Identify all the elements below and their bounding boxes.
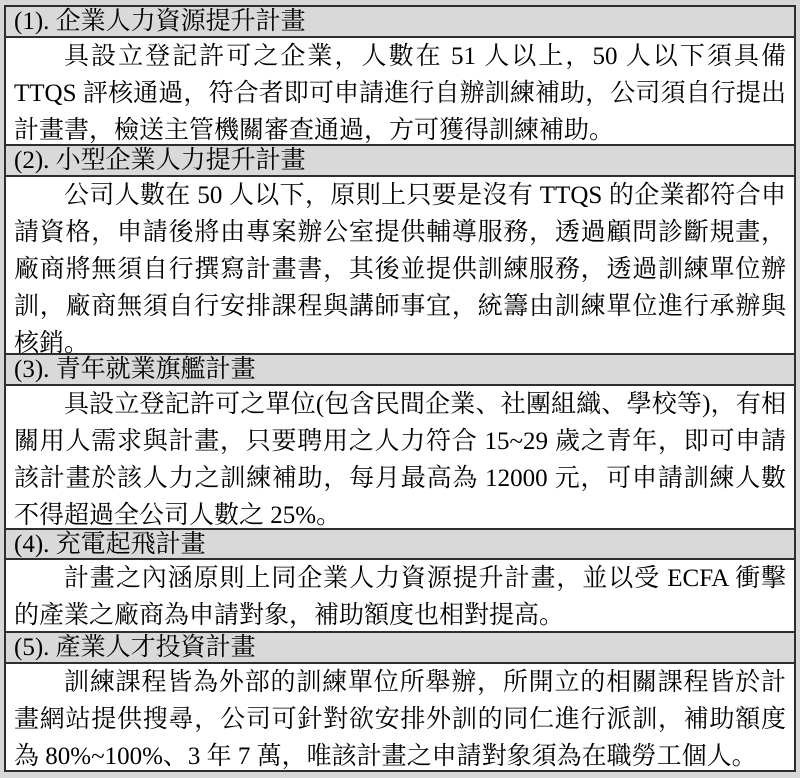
section-4-title: (4). 充電起飛計畫 (14, 531, 206, 558)
section-3-body: 具設立登記許可之單位(包含民間企業、社團組織、學校等)，有相關用人需求與計畫，只… (6, 384, 794, 528)
plan-table: (1). 企業人力資源提升計畫 具設立登記許可之企業，人數在 51 人以上，50… (4, 5, 796, 772)
section-3-header: (3). 青年就業旗艦計畫 (6, 353, 794, 384)
section-5-title: (5). 產業人才投資計畫 (14, 634, 256, 661)
section-1-body: 具設立登記許可之企業，人數在 51 人以上，50 人以下須具備 TTQS 評核通… (6, 36, 794, 144)
section-4-header: (4). 充電起飛計畫 (6, 528, 794, 559)
section-4-body: 計畫之內涵原則上同企業人力資源提升計畫，並以受 ECFA 衝擊的產業之廠商為申請… (6, 558, 794, 631)
section-2-header: (2). 小型企業人力提升計畫 (6, 144, 794, 175)
section-5-body: 訓練課程皆為外部的訓練單位所舉辦，所開立的相關課程皆於計畫網站提供搜尋，公司可針… (6, 662, 794, 770)
section-2-title: (2). 小型企業人力提升計畫 (14, 147, 306, 174)
section-2-body: 公司人數在 50 人以下，原則上只要是沒有 TTQS 的企業都符合申請資格，申請… (6, 175, 794, 354)
section-5-header: (5). 產業人才投資計畫 (6, 631, 794, 662)
section-3-title: (3). 青年就業旗艦計畫 (14, 356, 256, 383)
section-1-title: (1). 企業人力資源提升計畫 (14, 8, 306, 35)
section-1-header: (1). 企業人力資源提升計畫 (6, 7, 794, 36)
